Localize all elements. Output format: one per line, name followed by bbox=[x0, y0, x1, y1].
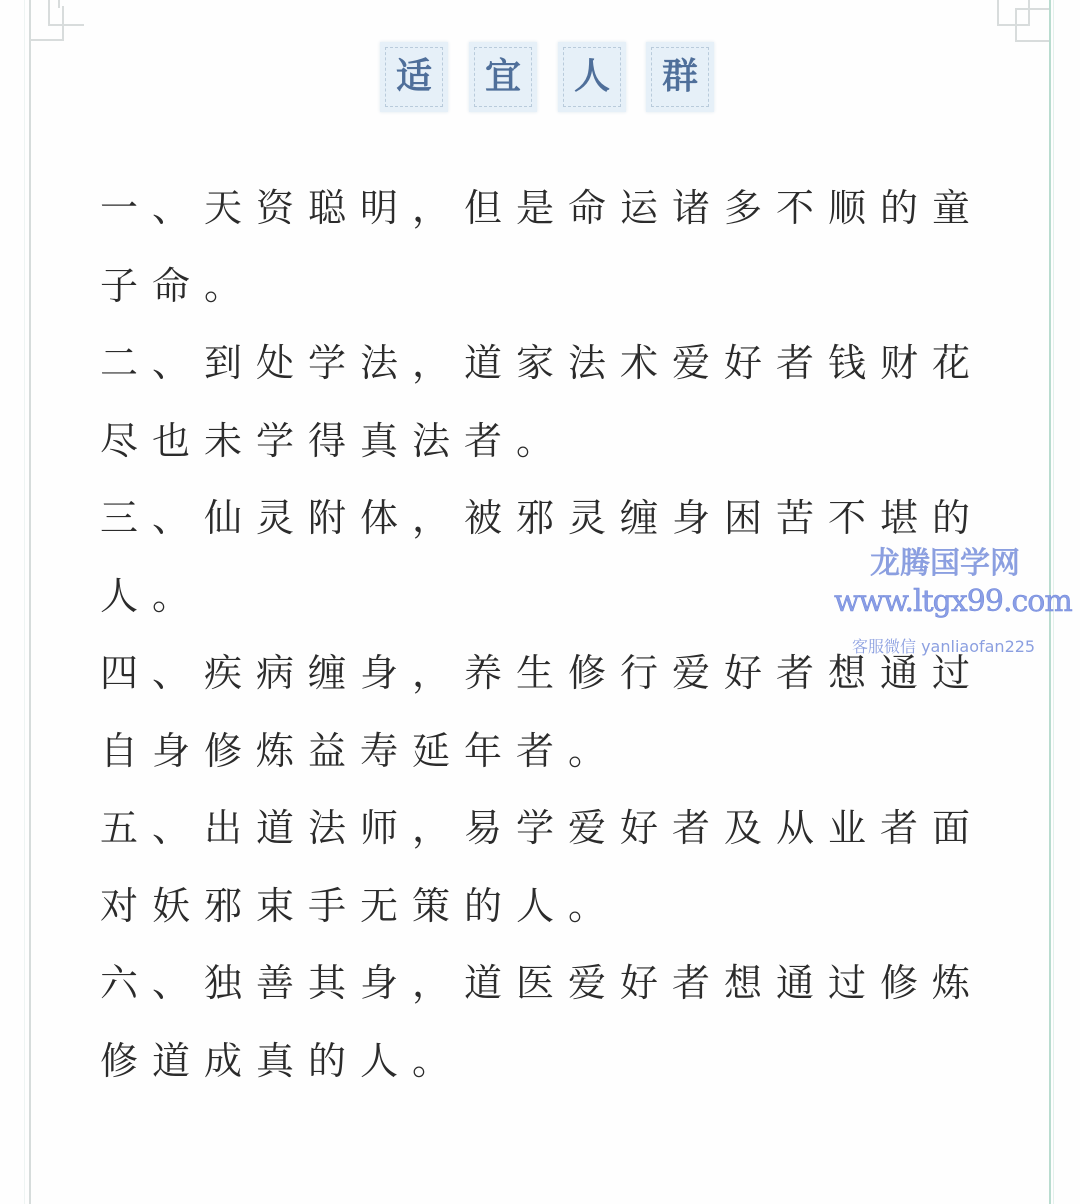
corner-ornament-right bbox=[995, 0, 1055, 45]
item-line: 三、仙灵附体，被邪灵缠身困苦不堪的 bbox=[100, 488, 1000, 566]
left-border bbox=[29, 0, 31, 1204]
item-line: 五、出道法师，易学爱好者及从业者面 bbox=[100, 798, 1000, 876]
watermark-contact: 客服微信 yanliaofan225 bbox=[852, 634, 1035, 657]
item-line: 修道成真的人。 bbox=[100, 1031, 1000, 1109]
item-line: 尽也未学得真法者。 bbox=[100, 411, 1000, 489]
list-item-1: 一、天资聪明，但是命运诸多不顺的童 子命。 bbox=[100, 178, 1000, 333]
title-tile: 宜 bbox=[469, 42, 537, 112]
list-item-2: 二、到处学法，道家法术爱好者钱财花 尽也未学得真法者。 bbox=[100, 333, 1000, 488]
item-line: 二、到处学法，道家法术爱好者钱财花 bbox=[100, 333, 1000, 411]
title-char: 群 bbox=[646, 55, 714, 99]
title-char: 宜 bbox=[469, 55, 537, 99]
item-line: 子命。 bbox=[100, 256, 1000, 334]
list-item-5: 五、出道法师，易学爱好者及从业者面 对妖邪束手无策的人。 bbox=[100, 798, 1000, 953]
title-tile: 群 bbox=[646, 42, 714, 112]
watermark-url: www.ltgx99.com bbox=[834, 584, 1072, 619]
item-line: 对妖邪束手无策的人。 bbox=[100, 876, 1000, 954]
corner-ornament-left bbox=[28, 0, 88, 45]
section-title: 适 宜 人 群 bbox=[370, 42, 710, 116]
list-item-6: 六、独善其身，道医爱好者想通过修炼 修道成真的人。 bbox=[100, 953, 1000, 1108]
item-line: 自身修炼益寿延年者。 bbox=[100, 721, 1000, 799]
title-char: 人 bbox=[558, 55, 626, 99]
item-line: 六、独善其身，道医爱好者想通过修炼 bbox=[100, 953, 1000, 1031]
title-char: 适 bbox=[380, 55, 448, 99]
watermark-site-name: 龙腾国学网 bbox=[870, 538, 1020, 582]
item-line: 一、天资聪明，但是命运诸多不顺的童 bbox=[100, 178, 1000, 256]
left-border-inner bbox=[24, 0, 25, 1204]
corner-square bbox=[1015, 8, 1049, 42]
title-tile: 人 bbox=[558, 42, 626, 112]
list-item-4: 四、疾病缠身，养生修行爱好者想通过 自身修炼益寿延年者。 bbox=[100, 643, 1000, 798]
title-tile: 适 bbox=[380, 42, 448, 112]
corner-square bbox=[30, 0, 60, 8]
list-item-3: 三、仙灵附体，被邪灵缠身困苦不堪的 人。 bbox=[100, 488, 1000, 643]
